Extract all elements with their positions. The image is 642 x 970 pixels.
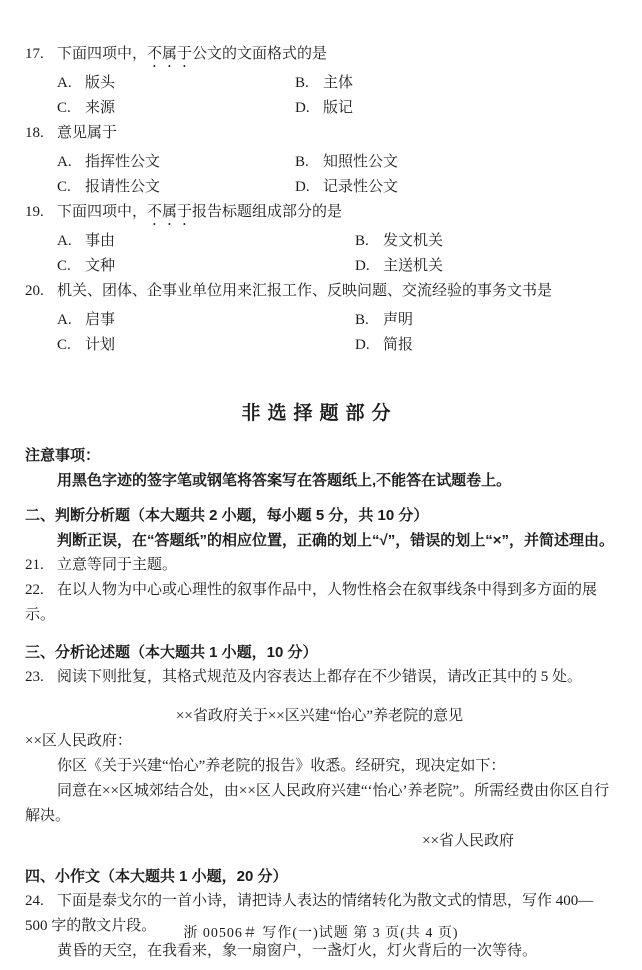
question-text: 在以人物为中心或心理性的叙事作品中，人物性格会在叙事线条中得到多方面的展示。 (25, 582, 597, 623)
option-text: 计划 (85, 337, 115, 353)
question-number: 22. (25, 578, 57, 603)
option-row: C.文种D.主送机关 (25, 254, 614, 279)
question-20: 20.机关、团体、企事业单位用来汇报工作、反映问题、交流经验的事务文书是 A.启… (25, 279, 614, 358)
question-stem: 17.下面四项中，不属于公文的文面格式的是 (25, 42, 614, 71)
option-key: D. (355, 333, 383, 358)
option-key: A. (57, 229, 85, 254)
option: C.报请性公文 (57, 175, 295, 200)
option-text: 启事 (85, 312, 115, 328)
question-stem: 19.下面四项中，不属于报告标题组成部分的是 (25, 200, 614, 229)
option-key: D. (355, 254, 383, 279)
stem-text: 报告标题组成部分的是 (192, 204, 342, 220)
option-text: 发文机关 (383, 233, 443, 249)
option-key: B. (355, 229, 383, 254)
option-row: C.来源D.版记 (25, 96, 614, 121)
option: B.声明 (355, 308, 413, 333)
stem-text: 机关、团体、企事业单位用来汇报工作、反映问题、交流经验的事务文书是 (57, 283, 552, 299)
option: A.指挥性公文 (57, 150, 295, 175)
option-text: 知照性公文 (323, 154, 398, 170)
question-text: 阅读下则批复，其格式规范及内容表达上都存在不少错误，请改正其中的 5 处。 (57, 669, 582, 685)
stem-text: 下面四项中， (57, 46, 147, 62)
question-21: 21.立意等同于主题。 (25, 553, 614, 578)
option-key: B. (295, 71, 323, 96)
question-stem: 18.意见属于 (25, 121, 614, 150)
option: C.计划 (57, 333, 355, 358)
stem-text: 下面四项中， (57, 204, 147, 220)
option: D.记录性公文 (295, 175, 398, 200)
option: B.知照性公文 (295, 150, 398, 175)
question-19: 19.下面四项中，不属于报告标题组成部分的是 A.事由B.发文机关 C.文种D.… (25, 200, 614, 279)
option-row: A.事由B.发文机关 (25, 229, 614, 254)
section-3-heading: 三、分析论述题（本大题共 1 小题，10 分） (25, 640, 614, 665)
question-number: 23. (25, 665, 57, 690)
section-2-instruction: 判断正误，在“答题纸”的相应位置，正确的划上“√”，错误的划上“×”，并简述理由… (25, 528, 614, 553)
option-key: C. (57, 333, 85, 358)
document-signature: ××省人民政府 (25, 829, 614, 854)
question-number: 24. (25, 889, 57, 914)
reply-document: ××省政府关于××区兴建“怡心”养老院的意见 ××区人民政府： 你区《关于兴建“… (25, 704, 614, 854)
document-paragraph-2: 同意在××区城郊结合处，由××区人民政府兴建“‘怡心’养老院”。所需经费由你区自… (25, 779, 614, 829)
page-footer: 浙 00506＃ 写作(一)试题 第 3 页(共 4 页) (0, 922, 642, 942)
option-key: D. (295, 175, 323, 200)
option: A.事由 (57, 229, 355, 254)
option-row: A.启事B.声明 (25, 308, 614, 333)
option-text: 指挥性公文 (85, 154, 160, 170)
part-title: 非选择题部分 (25, 400, 614, 428)
option-text: 声明 (383, 312, 413, 328)
notice-text: 用黑色字迹的签字笔或钢笔将答案写在答题纸上,不能答在试题卷上。 (25, 468, 614, 493)
question-18: 18.意见属于 A.指挥性公文B.知照性公文 C.报请性公文D.记录性公文 (25, 121, 614, 200)
option: B.发文机关 (355, 229, 443, 254)
question-number: 20. (25, 279, 57, 304)
option-text: 主送机关 (383, 258, 443, 274)
option: D.简报 (355, 333, 413, 358)
stem-text: 意见属于 (57, 125, 117, 141)
stem-text: 公文的文面格式的是 (192, 46, 327, 62)
question-number: 21. (25, 553, 57, 578)
option-text: 报请性公文 (85, 179, 160, 195)
option: A.启事 (57, 308, 355, 333)
emphasis-dots-text: 不属于 (147, 46, 192, 62)
question-number: 17. (25, 42, 57, 67)
option-text: 简报 (383, 337, 413, 353)
option-key: B. (355, 308, 383, 333)
document-salutation: ××区人民政府： (25, 729, 614, 754)
option-key: C. (57, 96, 85, 121)
option-key: D. (295, 96, 323, 121)
option-row: C.计划D.简报 (25, 333, 614, 358)
question-17: 17.下面四项中，不属于公文的文面格式的是 A.版头B.主体 C.来源D.版记 (25, 42, 614, 121)
option-text: 版记 (323, 100, 353, 116)
section-4-heading: 四、小作文（本大题共 1 小题，20 分） (25, 864, 614, 889)
document-title: ××省政府关于××区兴建“怡心”养老院的意见 (25, 704, 614, 729)
option-text: 版头 (85, 75, 115, 91)
option-key: A. (57, 150, 85, 175)
option-key: C. (57, 175, 85, 200)
option-row: A.指挥性公文B.知照性公文 (25, 150, 614, 175)
question-number: 19. (25, 200, 57, 225)
notice-label: 注意事项： (25, 443, 614, 468)
option: A.版头 (57, 71, 295, 96)
poem-line: 黄昏的天空，在我看来，象一扇窗户，一盏灯火，灯火背后的一次等待。 (25, 939, 614, 964)
option: D.版记 (295, 96, 353, 121)
question-23: 23.阅读下则批复，其格式规范及内容表达上都存在不少错误，请改正其中的 5 处。 (25, 665, 614, 690)
question-text: 立意等同于主题。 (57, 557, 177, 573)
emphasis-dots-text: 不属于 (147, 204, 192, 220)
question-22: 22.在以人物为中心或心理性的叙事作品中，人物性格会在叙事线条中得到多方面的展示… (25, 578, 614, 628)
option-text: 文种 (85, 258, 115, 274)
section-2-heading: 二、判断分析题（本大题共 2 小题，每小题 5 分，共 10 分） (25, 503, 614, 528)
question-number: 18. (25, 121, 57, 146)
option-key: B. (295, 150, 323, 175)
option-key: A. (57, 308, 85, 333)
option-row: C.报请性公文D.记录性公文 (25, 175, 614, 200)
option-key: A. (57, 71, 85, 96)
option: C.来源 (57, 96, 295, 121)
option: B.主体 (295, 71, 353, 96)
option: D.主送机关 (355, 254, 443, 279)
option-text: 事由 (85, 233, 115, 249)
option-text: 记录性公文 (323, 179, 398, 195)
option-key: C. (57, 254, 85, 279)
question-stem: 20.机关、团体、企事业单位用来汇报工作、反映问题、交流经验的事务文书是 (25, 279, 614, 308)
option-row: A.版头B.主体 (25, 71, 614, 96)
option: C.文种 (57, 254, 355, 279)
option-text: 来源 (85, 100, 115, 116)
option-text: 主体 (323, 75, 353, 91)
document-paragraph-1: 你区《关于兴建“怡心”养老院的报告》收悉。经研究，现决定如下： (25, 754, 614, 779)
exam-page: 17.下面四项中，不属于公文的文面格式的是 A.版头B.主体 C.来源D.版记 … (0, 0, 642, 970)
